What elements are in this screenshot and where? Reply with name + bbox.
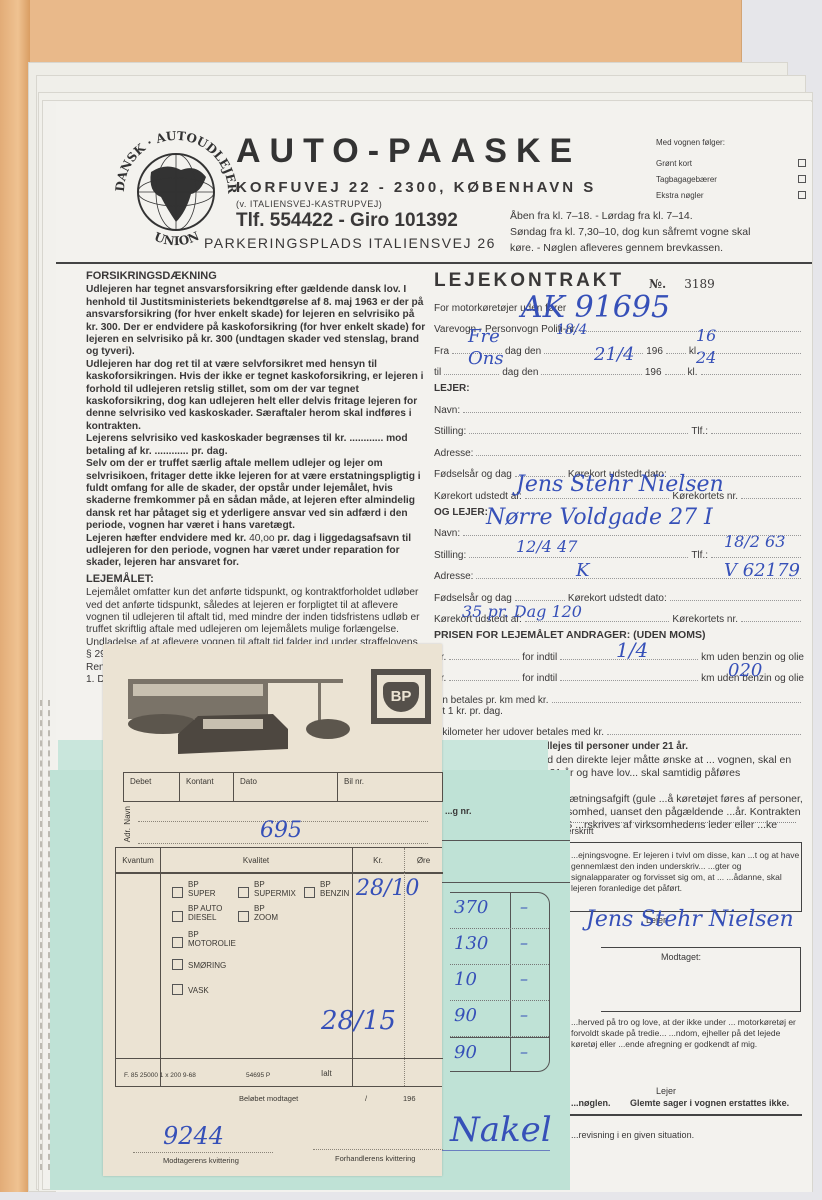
- checkbox[interactable]: [798, 175, 806, 183]
- product-table: Kvantum Kvalitet Kr. Øre BPSUPER BPSUPER…: [115, 847, 442, 1087]
- bp-receipt: BP Debet Kontant Dato Bil nr. Navn Adr. …: [103, 644, 442, 1176]
- handwritten-plate: AK 91695: [521, 290, 670, 325]
- product-bp-supermix: BPSUPERMIX: [238, 880, 296, 898]
- handwritten-from-day: Fre: [468, 326, 500, 347]
- product-bp-motorolie: BPMOTOROLIE: [172, 930, 236, 948]
- handwritten-total: 28/15: [321, 1006, 396, 1036]
- header-fields: Debet Kontant Dato Bil nr.: [123, 772, 443, 802]
- extra-km: ...kilometer her udover betales med kr.: [434, 717, 804, 739]
- product-smoring: SMØRING: [172, 959, 226, 970]
- perforated-edge: [40, 700, 50, 1170]
- renter-signature: Jens Stehr Nielsen: [586, 907, 794, 932]
- product-bp-zoom: BPZOOM: [238, 904, 278, 922]
- company-address: KORFUVEJ 22 - 2300, KØBENHAVN S: [236, 179, 596, 196]
- handwritten-from-time: 16: [696, 326, 716, 345]
- folder-edge: [0, 0, 30, 1192]
- handwritten-birth: 12/4 47: [516, 537, 577, 556]
- kontant-field[interactable]: Kontant: [180, 773, 234, 801]
- bp-shield-icon: BP: [383, 682, 419, 712]
- parking-info: PARKERINGSPLADS ITALIENSVEJ 26: [204, 235, 496, 251]
- handwritten-license-by: K: [576, 560, 589, 581]
- handwritten-to-date: 21/4: [594, 344, 634, 365]
- per-km: ...n betales pr. km med kr.: [434, 684, 804, 706]
- globe-logo-icon: DANSK · AUTOUDLEJER UNION: [106, 122, 246, 252]
- product-bp-super: BPSUPER: [172, 880, 216, 898]
- product-bp-diesel: BP AUTODIESEL: [172, 904, 222, 922]
- renter-address: Adresse:: [434, 437, 804, 459]
- handwritten-line-amount: 28/10: [356, 876, 419, 901]
- gas-station-illustration-icon: [123, 664, 353, 759]
- green-slip-signature: Nakel: [450, 1110, 552, 1150]
- checkbox[interactable]: [798, 159, 806, 167]
- checkbox[interactable]: [798, 191, 806, 199]
- item-roof-rack: Tagbagagebærer: [656, 171, 806, 187]
- contract-title: LEJEKONTRAKT: [434, 270, 804, 292]
- dato-field[interactable]: Dato: [234, 773, 338, 801]
- handwritten-license-date: 18/2 63: [724, 532, 785, 551]
- renter-occupation: Stilling:Tlf.:: [434, 416, 804, 438]
- handwritten-to-day: Ons: [468, 348, 504, 369]
- address-note: (v. ITALIENSVEJ-KASTRUPVEJ): [236, 199, 382, 209]
- handwritten-adr: 695: [260, 818, 302, 843]
- handwritten-to-time: 24: [696, 348, 716, 367]
- handwritten-price: 35 pr. Dag 120: [462, 602, 582, 621]
- handwritten-extra-km: 020: [728, 660, 762, 681]
- opening-hours: Åben fra kl. 7–18. - Lørdag fra kl. 7–14…: [510, 208, 800, 256]
- item-green-card: Grønt kort: [656, 155, 806, 171]
- handwritten-from-date: 18/4: [556, 322, 587, 338]
- handwritten-receipt-number: 9244: [163, 1122, 224, 1150]
- handwritten-license-no: V 62179: [724, 560, 800, 581]
- handwritten-per-km: 1/4: [616, 638, 648, 662]
- green-amount-table: 370– 130– 10– 90– 90–: [450, 892, 550, 1072]
- phone-giro: Tlf. 554422 - Giro 101392: [236, 210, 458, 232]
- debet-field[interactable]: Debet: [124, 773, 180, 801]
- included-items: Med vognen følger: Grønt kort Tagbagageb…: [656, 138, 806, 203]
- renter-name: Navn:: [434, 394, 804, 416]
- company-name: AUTO-PAASKE: [236, 132, 581, 171]
- co-renter-birth: Fødselsår og dagKørekort udstedt dato:: [434, 582, 804, 604]
- item-extra-keys: Ekstra nøgler: [656, 187, 806, 203]
- total-row: F. 85 25000 1 x 200 9-68 54695 P Ialt: [116, 1058, 443, 1088]
- product-vask: VASK: [172, 984, 209, 995]
- logo-text-bottom: UNION: [152, 229, 201, 248]
- insurance-terms: FORSIKRINGSDÆKNING Udlejeren har tegnet …: [86, 270, 426, 686]
- divider: [56, 262, 812, 264]
- bil-nr-field[interactable]: Bil nr.: [338, 773, 442, 801]
- bp-logo: BP: [371, 669, 431, 724]
- contract-number: №.3189: [649, 277, 715, 291]
- handwritten-address: Nørre Voldgade 27 I: [486, 505, 713, 530]
- handwritten-name: Jens Stehr Nielsen: [516, 472, 724, 497]
- svg-text:UNION: UNION: [152, 229, 201, 248]
- product-bp-benzin: BPBENZIN: [304, 880, 349, 898]
